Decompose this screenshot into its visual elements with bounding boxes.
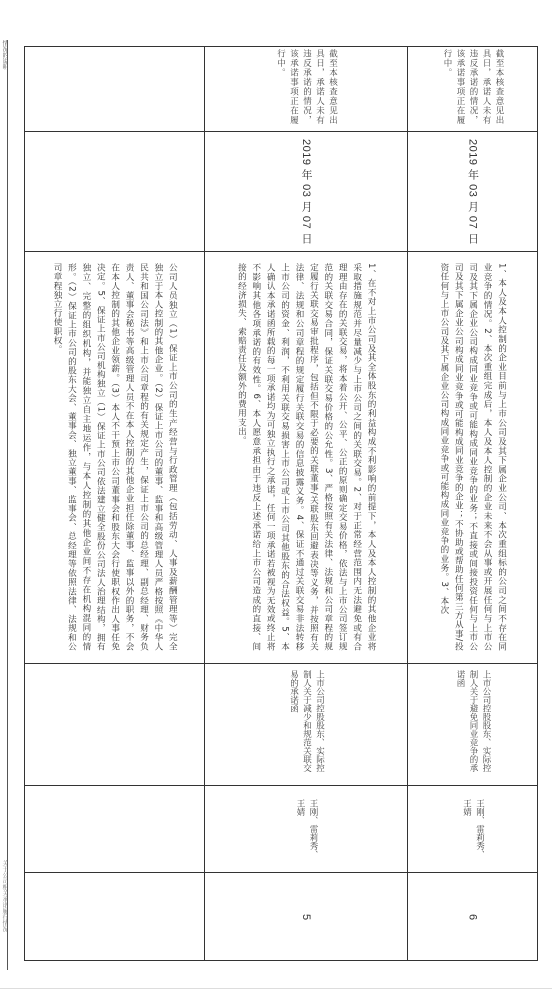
date-cell: 2019 年 03 月 07 日: [205, 132, 407, 252]
table-row-previous: 截至本核查意见出具日，承诺人未有违反承诺的情况，该承诺事项正在履行中。 公司人员…: [25, 47, 205, 960]
status-text: 截至本核查意见出具日，承诺人未有违反承诺的情况，该承诺事项正在履行中。: [274, 49, 339, 129]
commitment-name-text: 上市公司控股股东、实际控制人关于避免同业竞争的承诺函: [453, 670, 492, 780]
table-row-5: 截至本核查意见出具日，承诺人未有违反承诺的情况，该承诺事项正在履行中。 2019…: [205, 47, 408, 960]
party-text: 王刚、雷莉秀、王婧: [460, 799, 486, 859]
page-edge-line: [7, 40, 8, 970]
date-text: 2019 年 03 月 07 日: [465, 139, 481, 244]
commitment-name-text: 上市公司控股股东、实际控制人关于减少和规范关联交易的承诺函: [287, 670, 326, 780]
status-cell: 截至本核查意见出具日，承诺人未有违反承诺的情况，该承诺事项正在履行中。: [408, 47, 537, 132]
row-number: 6: [467, 914, 479, 920]
content-text: 1、在不对上市公司及其全体股东的利益构成不利影响的前提下，本人及本人控制的其他企…: [230, 257, 382, 657]
content-cell: 公司人员独立（1）保证上市公司的生产经营与行政管理（包括劳动、人事及薪酬管理等）…: [25, 252, 204, 664]
commitment-name-cell: [25, 664, 204, 787]
row-number-cell: 6: [408, 873, 537, 960]
party-cell: 王刚、雷莉秀、王婧: [408, 786, 537, 873]
status-text: 截至本核查意见出具日，承诺人未有违反承诺的情况，该承诺事项正在履行中。: [440, 49, 505, 129]
side-header-text: 关于公司相关承诺履行情况的说明: [0, 40, 7, 100]
commitment-name-cell: 上市公司控股股东、实际控制人关于避免同业竞争的承诺函: [408, 664, 537, 787]
commitment-table: 截至本核查意见出具日，承诺人未有违反承诺的情况，该承诺事项正在履行中。 公司人员…: [24, 46, 538, 961]
content-cell: 1、本人及本人控制的企业目前与上市公司及其下属企业公司、本次重组标的公司之间不存…: [408, 252, 537, 664]
scan-bottom-edge: [0, 988, 552, 989]
party-cell: 王刚、雷莉秀、王婧: [205, 786, 407, 873]
date-cell: [25, 132, 204, 252]
status-cell: 截至本核查意见出具日，承诺人未有违反承诺的情况，该承诺事项正在履行中。: [205, 47, 407, 132]
party-text: 王刚、雷莉秀、王婧: [293, 799, 319, 859]
row-number: 5: [300, 914, 312, 920]
content-text: 1、本人及本人控制的企业目前与上市公司及其下属企业公司、本次重组标的公司之间不存…: [432, 257, 512, 657]
content-cell: 1、在不对上市公司及其全体股东的利益构成不利影响的前提下，本人及本人控制的其他企…: [205, 252, 407, 664]
content-text: 公司人员独立（1）保证上市公司的生产经营与行政管理（包括劳动、人事及薪酬管理等）…: [46, 257, 184, 657]
date-text: 2019 年 03 月 07 日: [298, 139, 314, 244]
page-side-header: 关于公司相关承诺履行情况的说明: [0, 40, 7, 100]
date-cell: 2019 年 03 月 07 日: [408, 132, 537, 252]
page-side-footer: 关于公司相关承诺履行情况: [0, 860, 7, 970]
row-number-cell: 5: [205, 873, 407, 960]
commitment-name-cell: 上市公司控股股东、实际控制人关于减少和规范关联交易的承诺函: [205, 664, 407, 787]
row-number-cell: [25, 873, 204, 960]
status-cell: 截至本核查意见出具日，承诺人未有违反承诺的情况，该承诺事项正在履行中。: [25, 47, 204, 132]
table-row-6: 截至本核查意见出具日，承诺人未有违反承诺的情况，该承诺事项正在履行中。 2019…: [408, 47, 537, 960]
side-footer-text: 关于公司相关承诺履行情况: [0, 860, 7, 932]
party-cell: [25, 786, 204, 873]
